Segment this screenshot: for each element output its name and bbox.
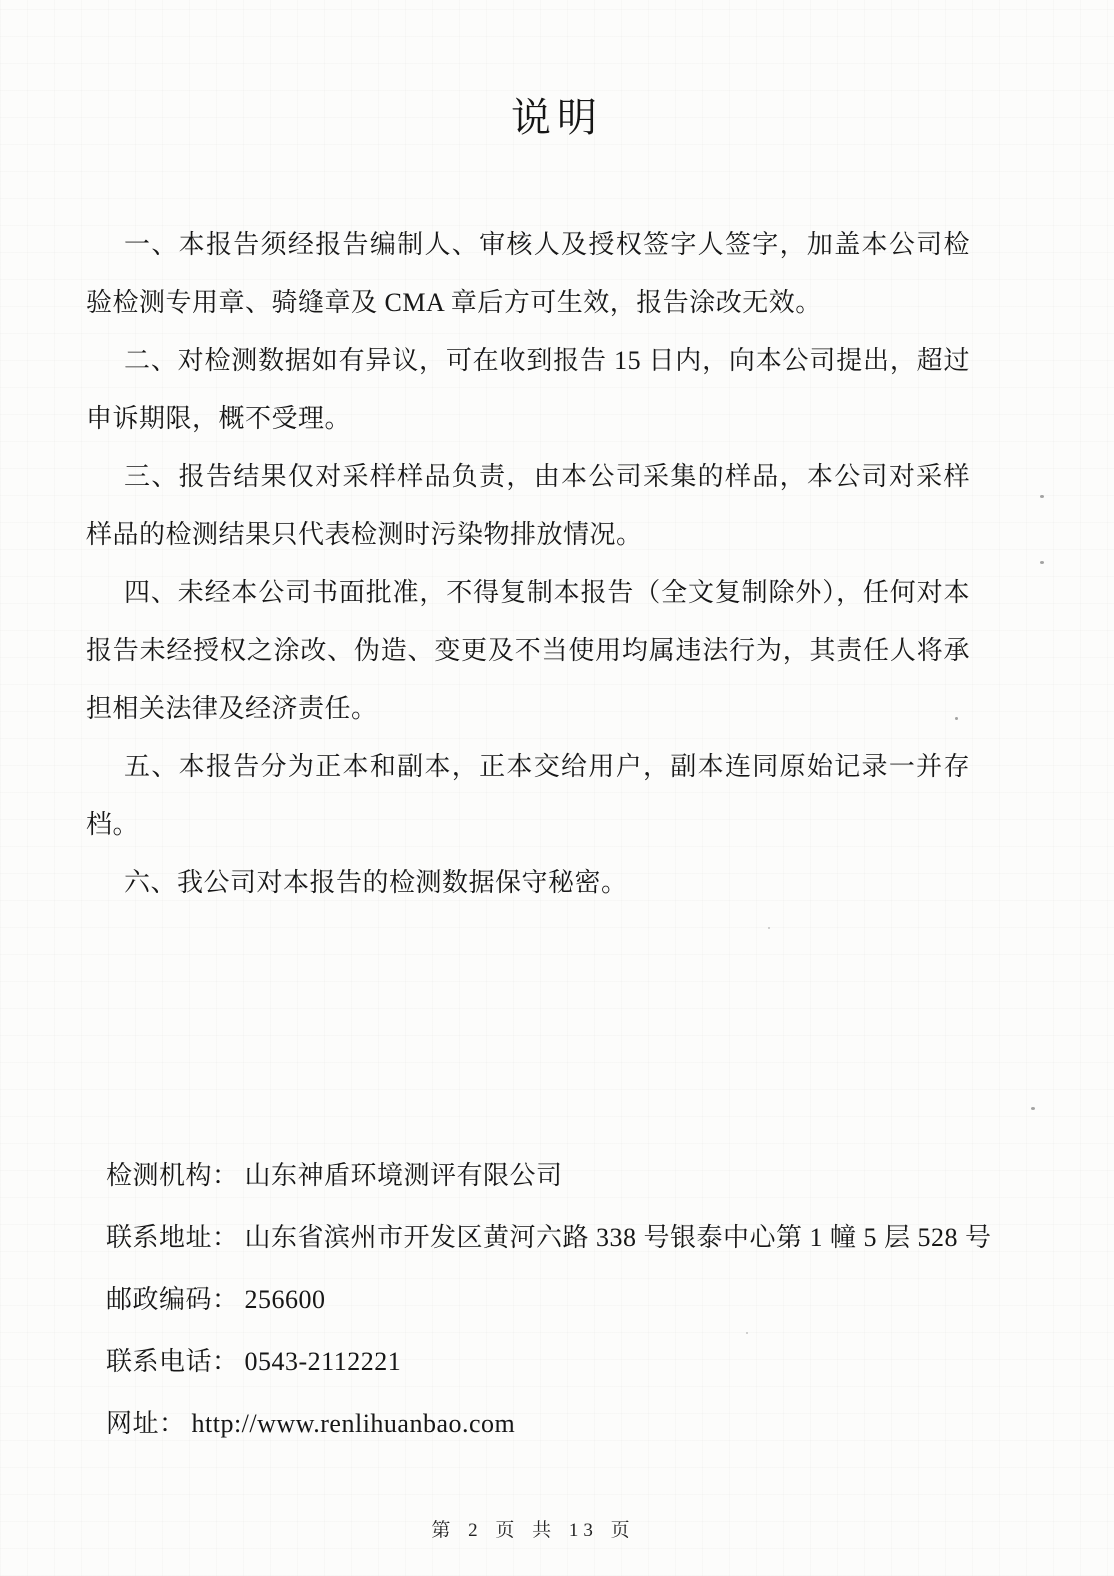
page-number-footer: 第 2 页 共 13 页: [0, 1515, 1090, 1542]
postcode-label: 邮政编码：: [106, 1285, 239, 1314]
contact-line-address: 联系地址：山东省滨州市开发区黄河六路 338 号银泰中心第 1 幢 5 层 52…: [106, 1207, 1114, 1269]
phone-label: 联系电话：: [106, 1347, 239, 1376]
contact-block: 检测机构：山东神盾环境测评有限公司 联系地址：山东省滨州市开发区黄河六路 338…: [0, 1145, 1114, 1455]
scan-speck: [746, 1332, 748, 1334]
scan-speck: [1040, 561, 1044, 564]
scan-speck: [955, 717, 958, 720]
agency-label: 检测机构：: [106, 1161, 239, 1190]
contact-line-agency: 检测机构：山东神盾环境测评有限公司: [106, 1145, 1114, 1207]
scan-speck: [768, 927, 770, 929]
website-label: 网址：: [106, 1409, 186, 1438]
note-paragraph-1: 一、本报告须经报告编制人、审核人及授权签字人签字，加盖本公司检验检测专用章、骑缝…: [86, 216, 970, 332]
note-paragraph-5: 五、本报告分为正本和副本，正本交给用户，副本连同原始记录一并存档。: [86, 738, 970, 854]
address-value: 山东省滨州市开发区黄河六路 338 号银泰中心第 1 幢 5 层 528 号: [245, 1223, 992, 1252]
scan-speck: [1031, 1107, 1035, 1110]
document-page: 说明 一、本报告须经报告编制人、审核人及授权签字人签字，加盖本公司检验检测专用章…: [0, 0, 1114, 1576]
note-paragraph-4: 四、未经本公司书面批准，不得复制本报告（全文复制除外），任何对本报告未经授权之涂…: [86, 564, 970, 738]
website-value: http://www.renlihuanbao.com: [192, 1409, 516, 1438]
contact-line-phone: 联系电话：0543-2112221: [106, 1331, 1114, 1393]
scan-speck: [1040, 495, 1044, 498]
note-paragraph-6: 六、我公司对本报告的检测数据保守秘密。: [86, 854, 970, 912]
notes-body: 一、本报告须经报告编制人、审核人及授权签字人签字，加盖本公司检验检测专用章、骑缝…: [0, 216, 1114, 912]
postcode-value: 256600: [245, 1285, 326, 1314]
contact-line-postcode: 邮政编码：256600: [106, 1269, 1114, 1331]
note-paragraph-3: 三、报告结果仅对采样样品负责，由本公司采集的样品，本公司对采样样品的检测结果只代…: [86, 448, 970, 564]
page-title: 说明: [0, 92, 1114, 144]
contact-line-website: 网址：http://www.renlihuanbao.com: [106, 1393, 1114, 1455]
note-paragraph-2: 二、对检测数据如有异议，可在收到报告 15 日内，向本公司提出，超过申诉期限，概…: [86, 332, 970, 448]
address-label: 联系地址：: [106, 1223, 239, 1252]
phone-value: 0543-2112221: [245, 1347, 402, 1376]
agency-value: 山东神盾环境测评有限公司: [245, 1161, 563, 1190]
